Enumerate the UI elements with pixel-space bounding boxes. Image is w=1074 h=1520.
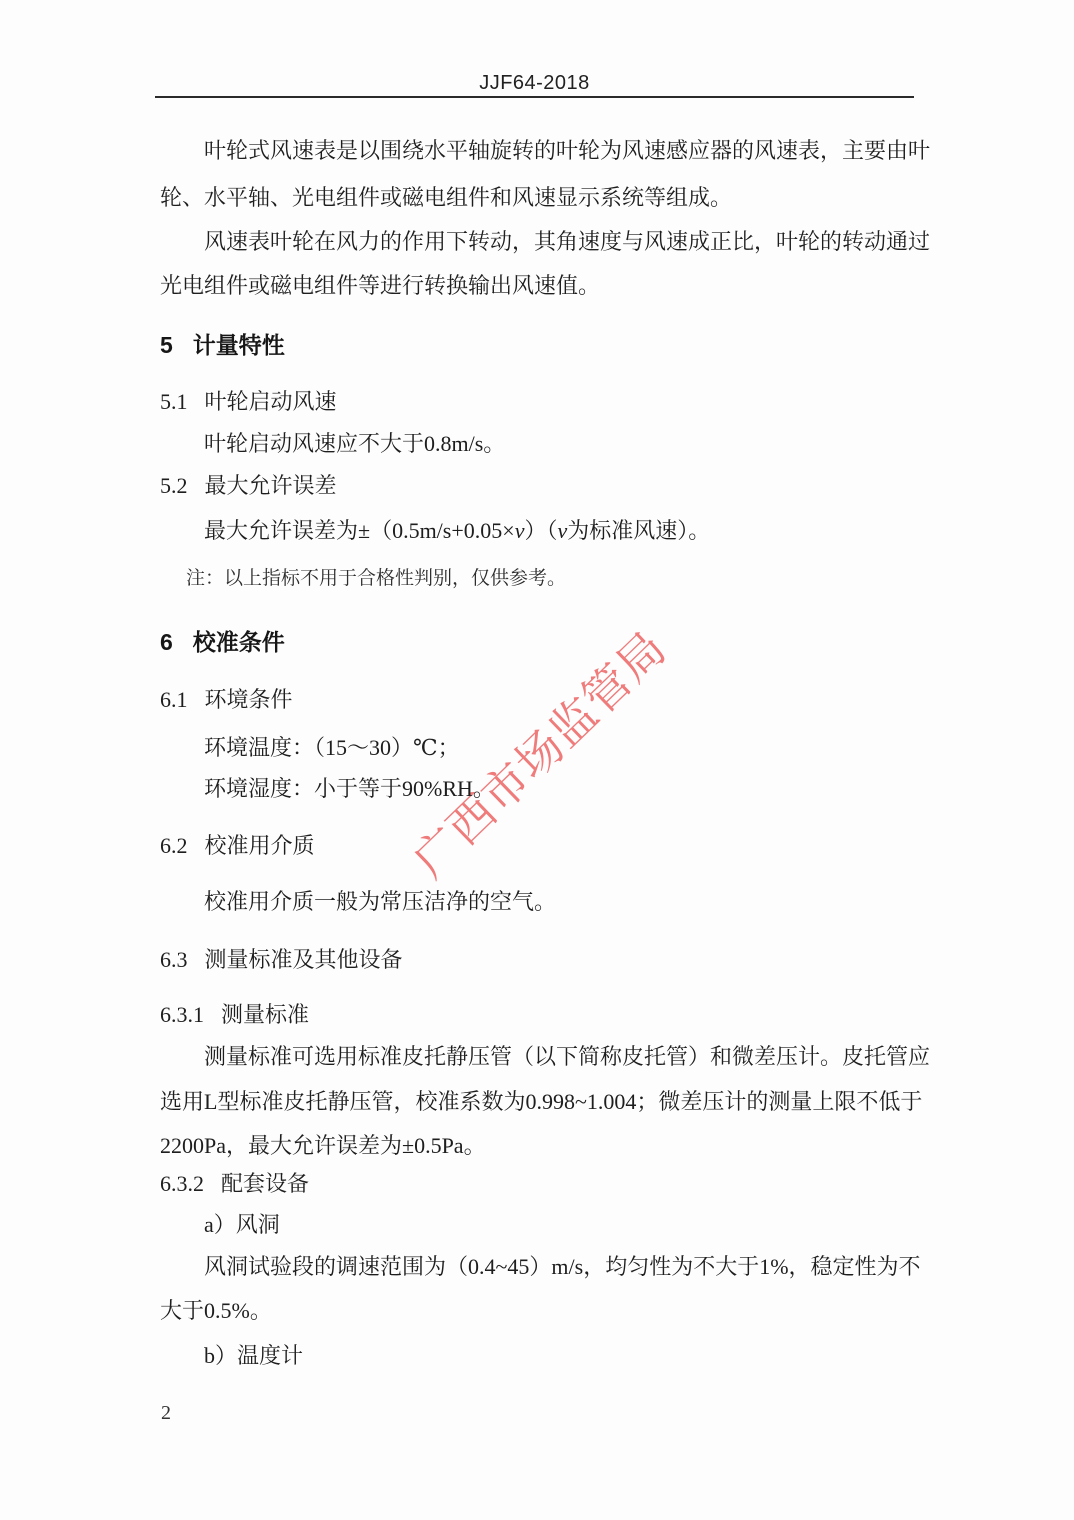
environment-humidity-line: 环境湿度：小于等于90%RH。: [204, 774, 495, 804]
section-6-1-number: 6.1: [160, 685, 188, 715]
section-6-3-2-number: 6.3.2: [160, 1169, 204, 1199]
section-6-2-body: 校准用介质一般为常压洁净的空气。: [204, 887, 556, 917]
section-5-1-title: 叶轮启动风速: [205, 389, 337, 414]
page-header-title: JJF64-2018: [155, 72, 914, 95]
section-6-3-1-title: 测量标准: [221, 1002, 309, 1027]
section-5-1-body: 叶轮启动风速应不大于0.8m/s。: [204, 429, 505, 459]
section-6-3-2-title: 配套设备: [221, 1171, 309, 1196]
intro-paragraph-1-line-1: 叶轮式风速表是以围绕水平轴旋转的叶轮为风速感应器的风速表，主要由叶: [204, 136, 930, 166]
section-5-1-number: 5.1: [160, 387, 188, 417]
section-6-1-heading: 6.1环境条件: [160, 685, 293, 715]
section-5-heading: 5计量特性: [160, 330, 285, 360]
formula-text-part-1: 最大允许误差为±（0.5m/s+0.05×: [204, 518, 515, 543]
section-6-2-heading: 6.2校准用介质: [160, 831, 315, 861]
list-item-a-wind-tunnel: a）风洞: [204, 1210, 280, 1240]
section-6-1-title: 环境条件: [205, 687, 293, 712]
section-6-3-heading: 6.3测量标准及其他设备: [160, 945, 403, 975]
section-6-3-1-body-line-1: 测量标准可选用标准皮托静压管（以下简称皮托管）和微差压计。皮托管应: [204, 1042, 930, 1072]
section-6-3-2-heading: 6.3.2配套设备: [160, 1169, 309, 1199]
environment-temperature-line: 环境温度：（15～30）℃；: [204, 733, 460, 763]
wind-tunnel-spec-line-2: 大于0.5%。: [160, 1296, 272, 1326]
list-item-b-thermometer: b）温度计: [204, 1341, 303, 1371]
section-6-number: 6: [160, 627, 173, 657]
section-6-3-number: 6.3: [160, 945, 188, 975]
formula-variable-v: v: [557, 518, 567, 543]
intro-paragraph-2-line-1: 风速表叶轮在风力的作用下转动，其角速度与风速成正比，叶轮的转动通过: [204, 227, 930, 257]
page-number: 2: [161, 1402, 171, 1425]
section-6-3-1-number: 6.3.1: [160, 1000, 204, 1030]
section-5-title: 计量特性: [193, 332, 285, 358]
section-5-2-formula: 最大允许误差为±（0.5m/s+0.05×v）（v为标准风速）。: [204, 516, 710, 546]
intro-paragraph-2-line-2: 光电组件或磁电组件等进行转换输出风速值。: [160, 271, 600, 301]
header-divider: [155, 96, 914, 98]
formula-variable-v: v: [515, 518, 525, 543]
section-5-1-heading: 5.1叶轮启动风速: [160, 387, 337, 417]
section-5-2-heading: 5.2最大允许误差: [160, 471, 337, 501]
section-6-heading: 6校准条件: [160, 627, 285, 657]
wind-tunnel-spec-line-1: 风洞试验段的调速范围为（0.4~45）m/s，均匀性为不大于1%，稳定性为不: [204, 1252, 921, 1282]
section-5-2-note: 注：以上指标不用于合格性判别，仅供参考。: [186, 564, 566, 594]
section-6-title: 校准条件: [193, 629, 285, 655]
intro-paragraph-1-line-2: 轮、水平轴、光电组件或磁电组件和风速显示系统等组成。: [160, 183, 732, 213]
section-6-3-title: 测量标准及其他设备: [205, 947, 403, 972]
section-5-number: 5: [160, 330, 173, 360]
section-6-3-1-body-line-3: 2200Pa，最大允许误差为±0.5Pa。: [160, 1131, 486, 1161]
formula-text-part-2: ）（: [524, 518, 557, 543]
formula-text-part-3: 为标准风速）。: [567, 518, 710, 543]
section-5-2-number: 5.2: [160, 471, 188, 501]
section-6-3-1-body-line-2: 选用L型标准皮托静压管，校准系数为0.998~1.004；微差压计的测量上限不低…: [160, 1087, 922, 1117]
section-6-2-title: 校准用介质: [205, 833, 315, 858]
section-5-2-title: 最大允许误差: [205, 473, 337, 498]
section-6-2-number: 6.2: [160, 831, 188, 861]
section-6-3-1-heading: 6.3.1测量标准: [160, 1000, 309, 1030]
document-page: JJF64-2018 广西市场监管局 叶轮式风速表是以围绕水平轴旋转的叶轮为风速…: [0, 0, 1074, 1520]
